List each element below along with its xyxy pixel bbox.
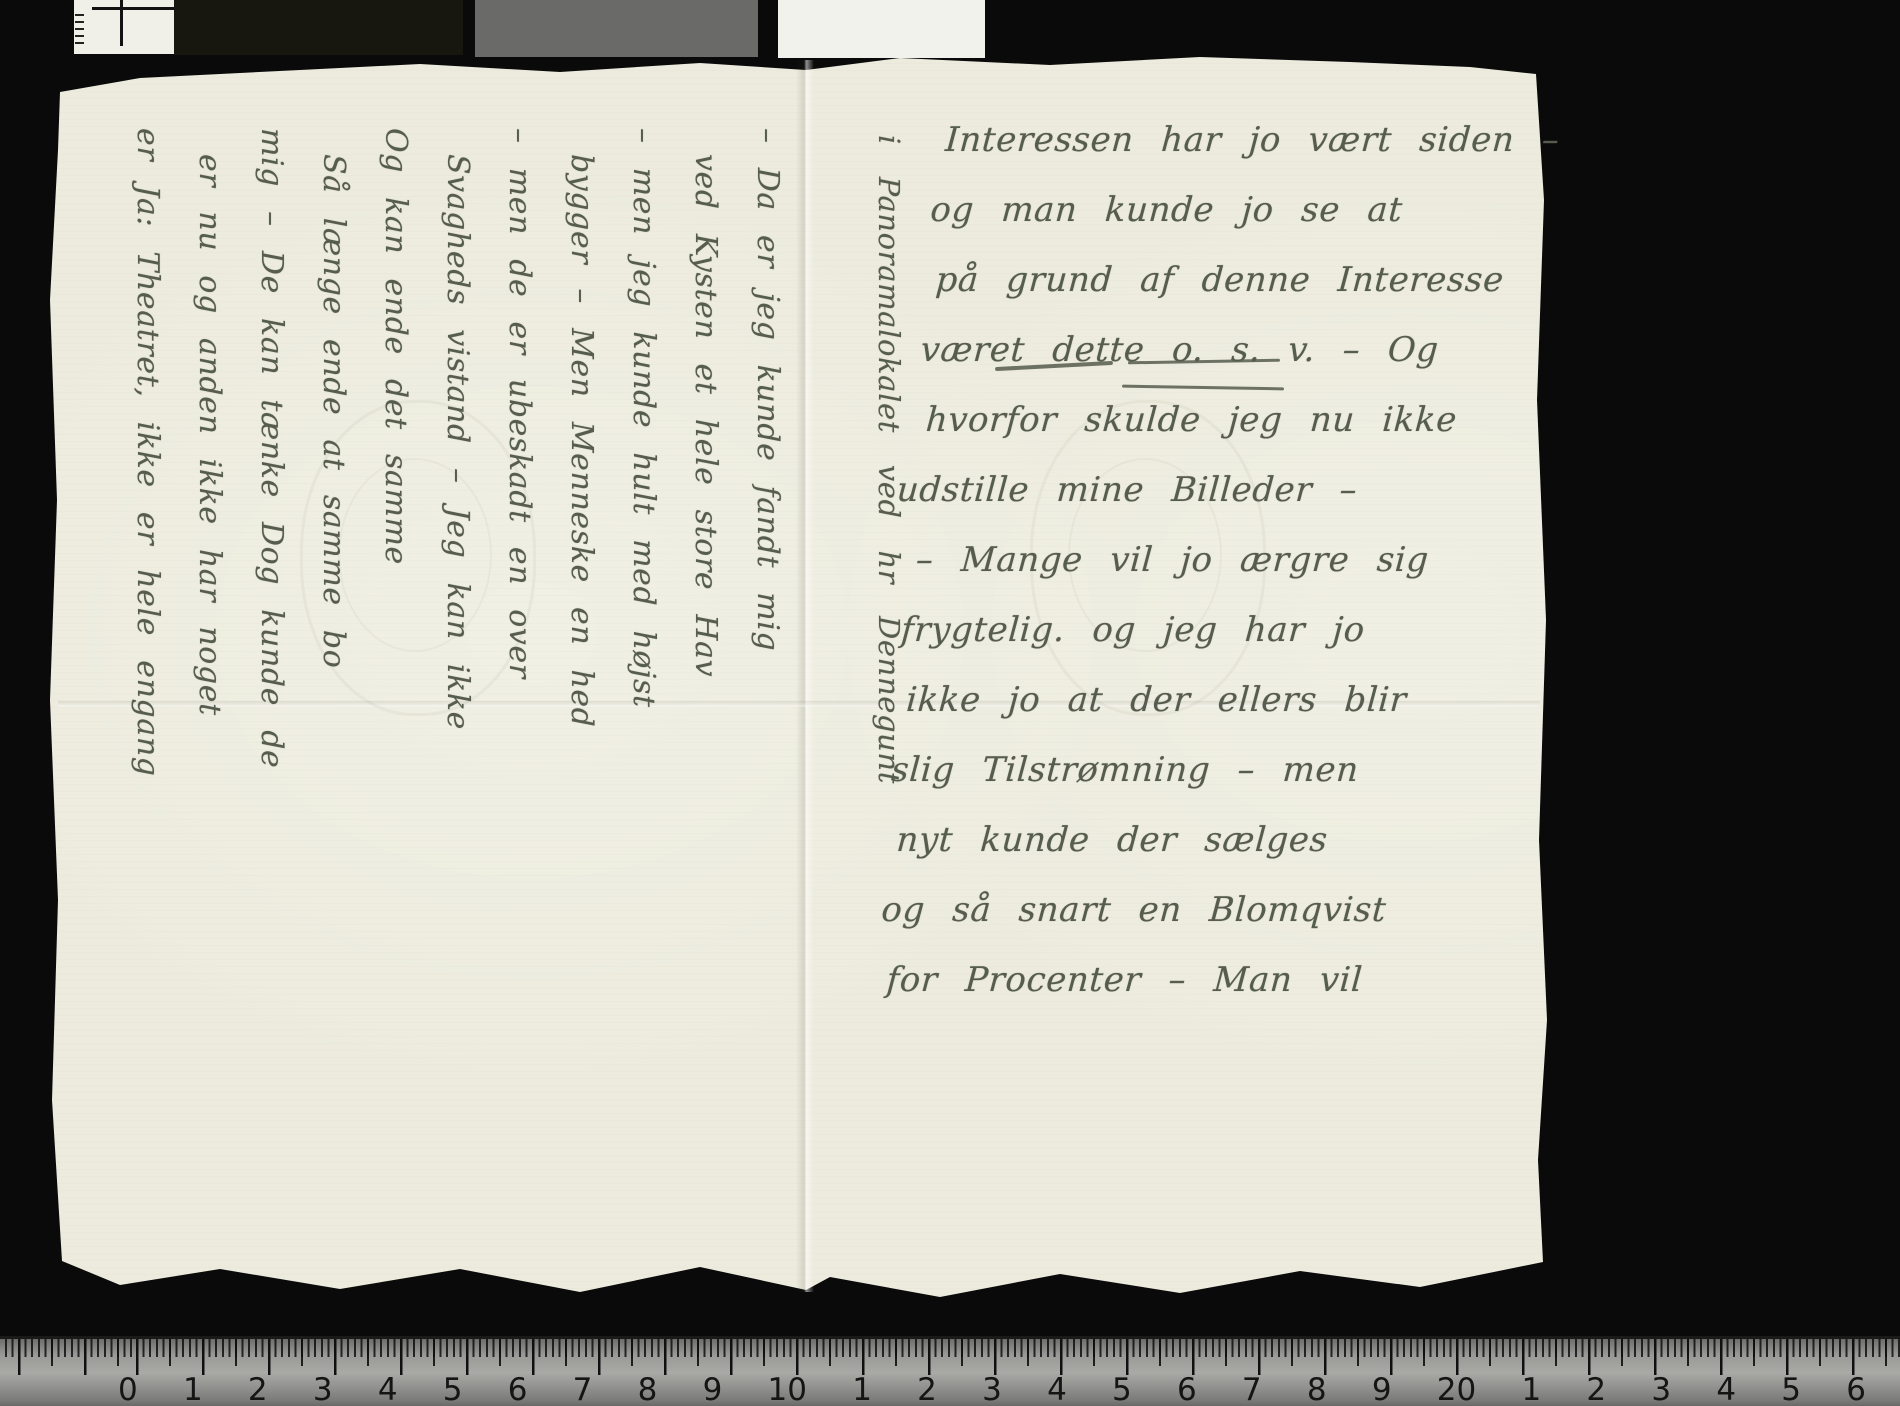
handwriting-line: Svagheds vistand – Jeg kan ikke bbox=[413, 154, 475, 1068]
handwriting-line: frygtelig. og jeg har jo bbox=[898, 610, 1503, 680]
ruler-number: 7 bbox=[1242, 1372, 1262, 1406]
ruler-number: 1 bbox=[852, 1372, 872, 1406]
handwriting-line: på grund af denne Interesse bbox=[932, 260, 1527, 330]
ruler-number: 9 bbox=[703, 1372, 723, 1406]
ruler-labels: 0 1 2 3 4 5 6 7 8 9 10 1 bbox=[118, 1372, 1866, 1406]
handwriting-line: – men jeg kunde hult med højst bbox=[599, 128, 661, 1068]
ruler-number: 7 bbox=[573, 1372, 593, 1406]
handwriting-line: for Procenter – Man vil bbox=[883, 960, 1478, 1030]
calibration-tick bbox=[75, 42, 84, 44]
handwriting-line: ikke jo at der ellers blir bbox=[903, 680, 1498, 750]
photo-frame: – Da er jeg kunde fandt mig ved Kysten e… bbox=[0, 0, 1900, 1406]
ruler-number: 1 bbox=[183, 1372, 203, 1406]
calibration-tick bbox=[75, 28, 84, 30]
left-page: – Da er jeg kunde fandt mig ved Kysten e… bbox=[95, 128, 785, 1068]
ruler-number: 4 bbox=[1716, 1372, 1736, 1406]
handwriting-line: og man kunde jo se at bbox=[927, 190, 1532, 260]
centimetre-ruler: 0 1 2 3 4 5 6 7 8 9 10 1 bbox=[0, 1336, 1900, 1406]
ruler-number: 2 bbox=[248, 1372, 268, 1406]
handwriting-line: – Da er jeg kunde fandt mig bbox=[723, 128, 785, 1068]
crosshair-registration-bar bbox=[92, 7, 176, 10]
calibration-tab bbox=[74, 0, 176, 54]
ruler-number: 20 bbox=[1437, 1372, 1476, 1406]
ruler-number: 4 bbox=[378, 1372, 398, 1406]
ruler-number: 5 bbox=[443, 1372, 463, 1406]
handwriting-line: været dette o. s. v. – Og bbox=[917, 330, 1522, 400]
ruler-number: 8 bbox=[638, 1372, 658, 1406]
ruler-number: 3 bbox=[982, 1372, 1002, 1406]
handwriting-line: Så længe ende at samme bo bbox=[289, 154, 351, 1068]
calibration-tick bbox=[75, 35, 84, 37]
handwriting-line: udstille mine Billeder – bbox=[893, 470, 1512, 540]
centre-fold-crease bbox=[796, 60, 814, 1292]
ruler-number: 6 bbox=[1846, 1372, 1866, 1406]
ruler-number: 1 bbox=[1521, 1372, 1541, 1406]
ruler-number: 2 bbox=[1586, 1372, 1606, 1406]
calibration-white-patch bbox=[778, 0, 985, 58]
ruler-number: 8 bbox=[1307, 1372, 1327, 1406]
handwriting-line: – Mange vil jo ærgre sig bbox=[913, 540, 1508, 610]
ruler-number: 0 bbox=[118, 1372, 138, 1406]
handwriting-line: – men de er ubeskadt en over bbox=[475, 128, 537, 1068]
handwriting-line: nyt kunde der sælges bbox=[893, 820, 1488, 890]
ruler-cm-ticks bbox=[0, 1339, 1900, 1375]
ruler-number: 2 bbox=[917, 1372, 937, 1406]
handwriting-line: Interessen har jo vært siden – bbox=[942, 120, 1537, 190]
ruler-number: 5 bbox=[1112, 1372, 1132, 1406]
handwriting-line: Og kan ende det samme bbox=[351, 128, 413, 1068]
left-page-handwriting: – Da er jeg kunde fandt mig ved Kysten e… bbox=[95, 128, 785, 1068]
handwriting-line: og så snart en Blomqvist bbox=[878, 890, 1483, 960]
calibration-gray-patch bbox=[475, 0, 758, 57]
ruler-number: 6 bbox=[1177, 1372, 1197, 1406]
ruler-number: 9 bbox=[1372, 1372, 1392, 1406]
handwriting-line: er nu og anden ikke har noget bbox=[165, 154, 227, 1068]
ruler-number: 5 bbox=[1781, 1372, 1801, 1406]
ruler-number: 3 bbox=[1651, 1372, 1671, 1406]
ruler-number: 10 bbox=[768, 1372, 807, 1406]
calibration-black-patch bbox=[174, 0, 463, 55]
ruler-number: 6 bbox=[508, 1372, 528, 1406]
handwriting-line: hvorfor skulde jeg nu ikke bbox=[922, 400, 1517, 470]
right-page: Interessen har jo vært siden – og man ku… bbox=[873, 120, 1537, 1030]
handwriting-line: er Ja: Theatret, ikke er hele engang bbox=[103, 128, 165, 1068]
calibration-tick bbox=[75, 14, 84, 16]
handwriting-line: mig – De kan tænke Dog kunde de bbox=[227, 128, 289, 1068]
calibration-tick bbox=[75, 21, 84, 23]
handwriting-line: slig Tilstrømning – men bbox=[888, 750, 1493, 820]
handwriting-line: bygger – Men Menneske en hed bbox=[537, 154, 599, 1068]
handwriting-line: ved Kysten et hele store Hav bbox=[661, 154, 723, 1068]
ruler-number: 4 bbox=[1047, 1372, 1067, 1406]
ruler-number: 3 bbox=[313, 1372, 333, 1406]
